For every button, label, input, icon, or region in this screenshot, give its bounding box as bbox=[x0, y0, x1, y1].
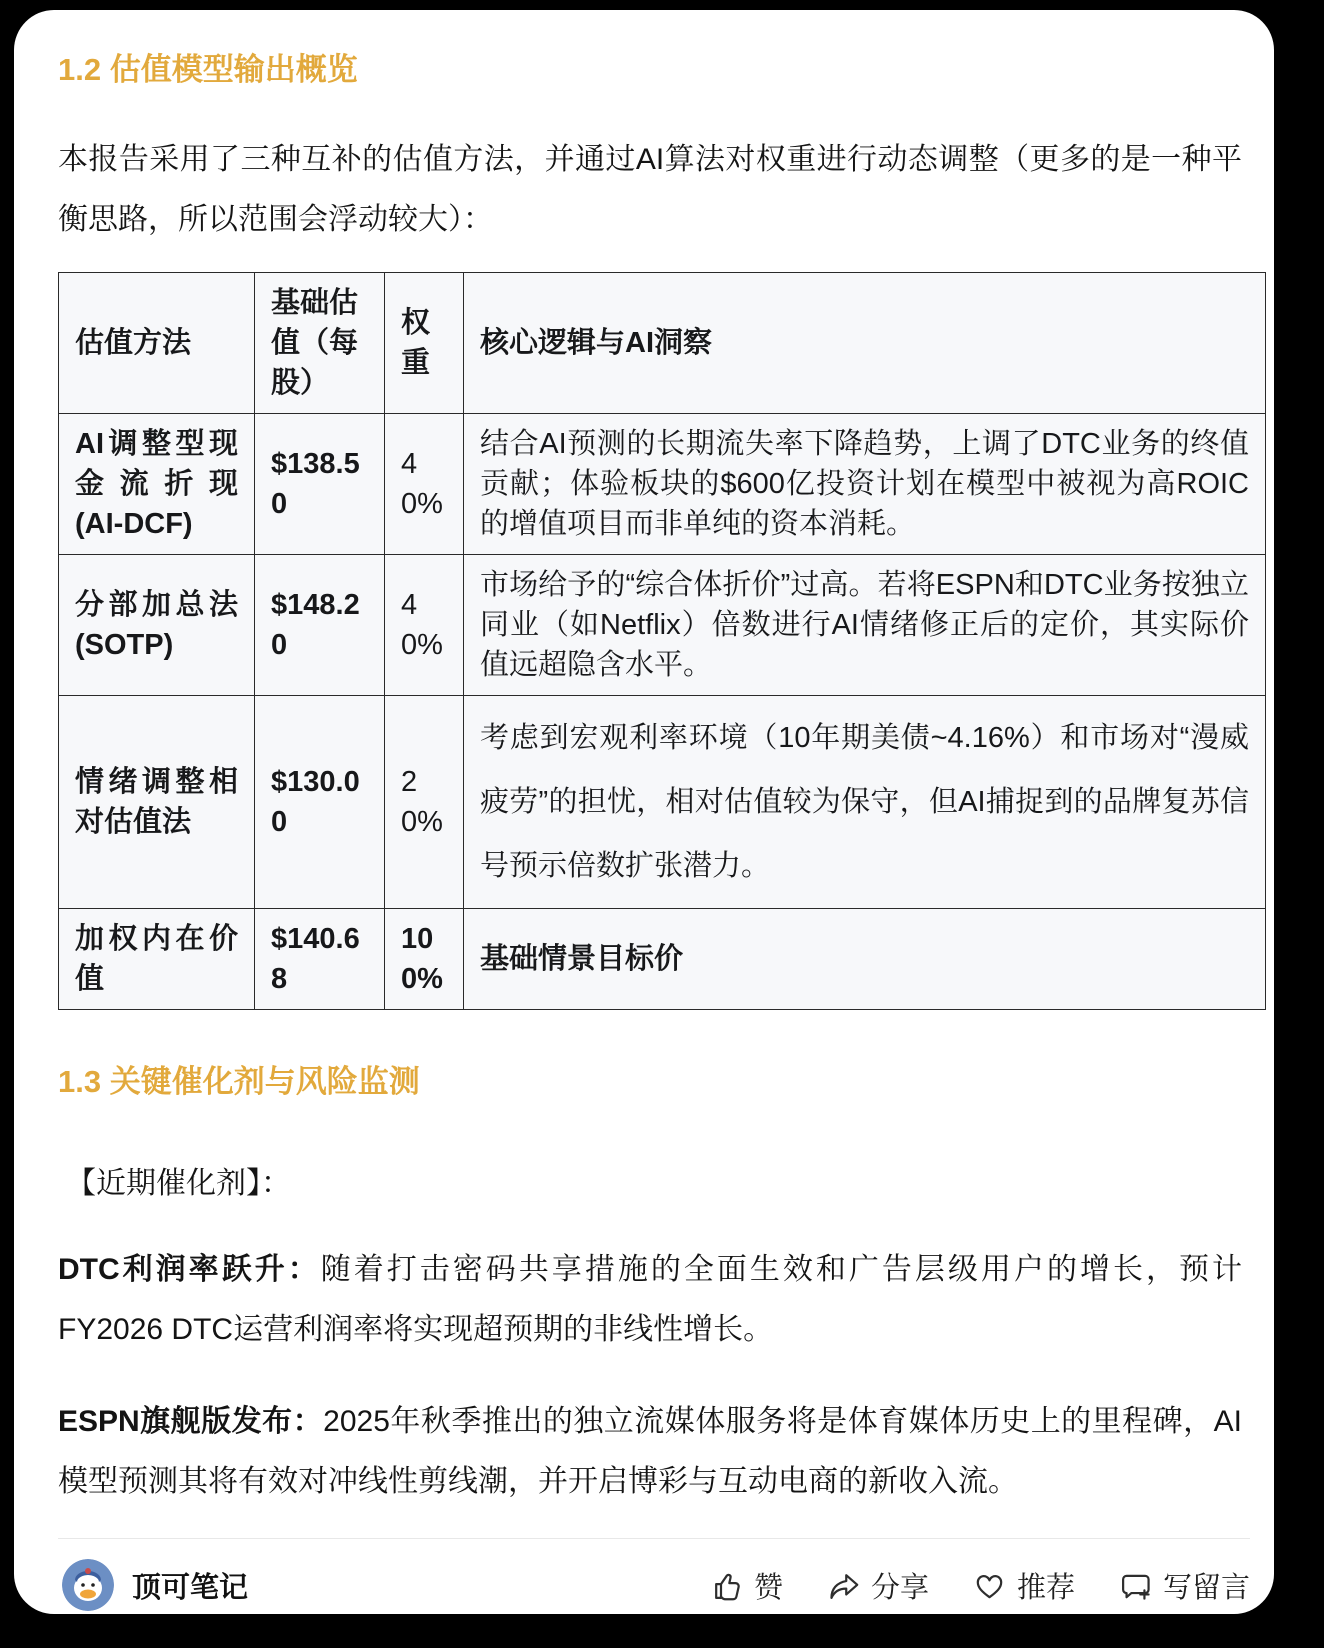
base-value-sentiment: $130.00 bbox=[255, 696, 385, 909]
method-sentiment: 情绪调整相对估值法 bbox=[59, 696, 255, 909]
catalyst-paragraph-dtc: DTC利润率跃升：随着打击密码共享措施的全面生效和广告层级用户的增长，预计FY2… bbox=[58, 1240, 1242, 1360]
method-weighted: 加权内在价值 bbox=[59, 909, 255, 1010]
base-value-ai-dcf: $138.50 bbox=[255, 414, 385, 555]
section-heading-1-2: 1.2 估值模型输出概览 bbox=[58, 50, 1266, 90]
col-header-base-value: 基础估值（每股） bbox=[255, 273, 385, 414]
heart-icon bbox=[973, 1569, 1006, 1602]
table-row: 情绪调整相对估值法 $130.00 20% 考虑到宏观利率环境（10年期美债~4… bbox=[59, 696, 1266, 909]
logic-ai-dcf: 结合AI预测的长期流失率下降趋势，上调了DTC业务的终值贡献；体验板块的$600… bbox=[464, 414, 1266, 555]
catalyst-label-espn: ESPN旗舰版发布： bbox=[58, 1405, 323, 1438]
recommend-button[interactable]: 推荐 bbox=[973, 1565, 1075, 1606]
duck-avatar-icon bbox=[62, 1559, 114, 1611]
comment-label: 写留言 bbox=[1163, 1565, 1250, 1606]
weight-sentiment: 20% bbox=[385, 696, 464, 909]
like-button[interactable]: 赞 bbox=[710, 1565, 783, 1606]
section-heading-1-3: 1.3 关键催化剂与风险监测 bbox=[58, 1062, 1266, 1102]
logic-sotp: 市场给予的“综合体折价”过高。若将ESPN和DTC业务按独立同业（如Netfli… bbox=[464, 555, 1266, 696]
table-row: 分部加总法(SOTP) $148.20 40% 市场给予的“综合体折价”过高。若… bbox=[59, 555, 1266, 696]
write-comment-icon bbox=[1119, 1569, 1152, 1602]
comment-button[interactable]: 写留言 bbox=[1119, 1565, 1250, 1606]
footer-divider bbox=[58, 1538, 1250, 1539]
action-bar: 赞 分享 推荐 写留言 bbox=[710, 1565, 1250, 1606]
article-card: 1.2 估值模型输出概览 本报告采用了三种互补的估值方法，并通过AI算法对权重进… bbox=[14, 10, 1274, 1614]
method-sotp: 分部加总法(SOTP) bbox=[59, 555, 255, 696]
weight-ai-dcf: 40% bbox=[385, 414, 464, 555]
like-label: 赞 bbox=[754, 1565, 783, 1606]
table-row: AI调整型现金流折现(AI-DCF) $138.50 40% 结合AI预测的长期… bbox=[59, 414, 1266, 555]
weight-weighted: 100% bbox=[385, 909, 464, 1010]
method-ai-dcf: AI调整型现金流折现(AI-DCF) bbox=[59, 414, 255, 555]
avatar[interactable] bbox=[62, 1559, 114, 1611]
footer-bar: 顶可笔记 赞 分享 推荐 bbox=[62, 1555, 1250, 1614]
catalyst-label-dtc: DTC利润率跃升： bbox=[58, 1253, 321, 1286]
logic-sentiment: 考虑到宏观利率环境（10年期美债~4.16%）和市场对“漫威疲劳”的担忧，相对估… bbox=[464, 696, 1266, 909]
base-value-weighted: $140.68 bbox=[255, 909, 385, 1010]
catalyst-paragraph-espn: ESPN旗舰版发布：2025年秋季推出的独立流媒体服务将是体育媒体历史上的里程碑… bbox=[58, 1392, 1242, 1512]
col-header-logic: 核心逻辑与AI洞察 bbox=[464, 273, 1266, 414]
table-row-total: 加权内在价值 $140.68 100% 基础情景目标价 bbox=[59, 909, 1266, 1010]
col-header-method: 估值方法 bbox=[59, 273, 255, 414]
weight-sotp: 40% bbox=[385, 555, 464, 696]
share-label: 分享 bbox=[871, 1565, 929, 1606]
logic-weighted: 基础情景目标价 bbox=[464, 909, 1266, 1010]
base-value-sotp: $148.20 bbox=[255, 555, 385, 696]
col-header-weight: 权重 bbox=[385, 273, 464, 414]
author-name[interactable]: 顶可笔记 bbox=[132, 1565, 248, 1606]
table-header-row: 估值方法 基础估值（每股） 权重 核心逻辑与AI洞察 bbox=[59, 273, 1266, 414]
recommend-label: 推荐 bbox=[1017, 1565, 1075, 1606]
thumbs-up-icon bbox=[710, 1569, 743, 1602]
catalyst-sub-label: 【近期催化剂】： bbox=[66, 1164, 1266, 1204]
share-icon bbox=[827, 1569, 860, 1602]
intro-paragraph: 本报告采用了三种互补的估值方法，并通过AI算法对权重进行动态调整（更多的是一种平… bbox=[58, 130, 1242, 250]
share-button[interactable]: 分享 bbox=[827, 1565, 929, 1606]
valuation-table: 估值方法 基础估值（每股） 权重 核心逻辑与AI洞察 AI调整型现金流折现(AI… bbox=[58, 272, 1266, 1010]
